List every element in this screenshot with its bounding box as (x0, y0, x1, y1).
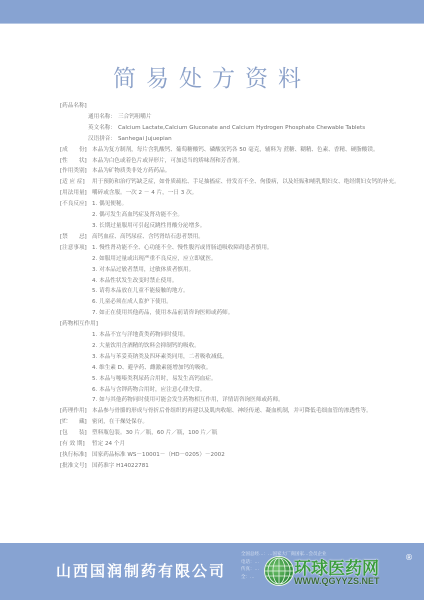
list-item: 4. 维生素 D、避孕药、雌激素能增加钙的吸收。 (60, 363, 405, 374)
globe-icon (264, 556, 294, 586)
validity-row: [有 效 期]暂定 24 个月 (60, 439, 405, 450)
header-band (0, 0, 424, 24)
list-item: 2. 大量饮用含酒精的饮料会抑制钙的吸收。 (60, 341, 405, 352)
pharm-row: [药理作用]本品参与骨骼的形成与骨折后骨组织的再建以及肌肉收缩、神经传递、凝血机… (60, 406, 405, 417)
standard-row: [执行标准]国家药品标准 WS－10001－（HD－0205）－2002 (60, 450, 405, 461)
generic-name-row: 通用名称：三合钙咀嚼片 (60, 112, 405, 123)
prescription-info: [药品名称] 通用名称：三合钙咀嚼片 英文名称：Calcium Lactate,… (60, 101, 405, 472)
list-item: 1. 本品不宜与洋地黄类药物同时使用。 (60, 330, 405, 341)
pinyin-row: 汉语拼音：Sanhegai Jujuepian (60, 134, 405, 145)
page-title: 简易处方资料 (0, 60, 424, 93)
category-row: [作用类别]本品为矿物质类非处方药药品。 (60, 166, 405, 177)
storage-row: [贮 藏]密闭，在干燥处保存。 (60, 417, 405, 428)
list-item: 6. 本品与含钾药物合用时，应注意心律失常。 (60, 385, 405, 396)
character-row: [性 状]本品为白色或着色片或异形片，可加适当的矫味剂和芳香剂。 (60, 156, 405, 167)
list-item: 3. 对本品过敏者禁用，过敏体质者慎用。 (60, 265, 405, 276)
english-name-row: 英文名称：Calcium Lactate,Calcium Gluconate a… (60, 123, 405, 134)
list-item: 4. 本品性状发生改变时禁止使用。 (60, 276, 405, 287)
composition-row: [成 份]本品为复方制剂，每片含乳酸钙、葡萄糖酸钙、磷酸氢钙各 50 毫克，辅料… (60, 145, 405, 156)
list-item: 5. 请将本品放在儿童不能接触的地方。 (60, 286, 405, 297)
list-item: 3. 本品与苯妥英钠类及四环素类同用，二者吸收减低。 (60, 352, 405, 363)
indications-row: [适 应 症]用于预防和治疗钙缺乏症，如骨质疏松、手足抽搐症、骨发育不全、佝偻病… (60, 177, 405, 188)
contra-row: [禁 忌]高钙血症、高钙尿症、含钙肾结石患者禁用。 (60, 232, 405, 243)
caution-row: [注意事项]1. 慢性肾功能不全、心功能不全、慢性腹泻或胃肠道吸收障碍患者慎用。 (60, 243, 405, 254)
interaction-header: [药物相互作用] (60, 319, 405, 330)
watermark-url: WWW.QGYYZS.NET (294, 576, 380, 586)
drug-name-header: [药品名称] (60, 101, 405, 112)
adverse-row: [不良反应]1. 偶见便秘。 (60, 199, 405, 210)
list-item: 3. 长期过量服用可引起反跳性胃酸分泌增多。 (60, 221, 405, 232)
list-item: 6. 儿童必须在成人监护下使用。 (60, 297, 405, 308)
list-item: 2. 如服用过量或出现严重不良反应，应立即就医。 (60, 254, 405, 265)
dosage-row: [用法用量]嚼碎或含服。一次 2 － 4 片，一日 3 次。 (60, 188, 405, 199)
list-item: 7. 如正在使用其他药品，使用本品前请咨询医师或药师。 (60, 308, 405, 319)
list-item: 7. 如与其他药物同时使用可能会发生药物相互作用，详情请咨询医师或药师。 (60, 395, 405, 406)
list-item: 2. 偶可发生高血钙症及肾功能不全。 (60, 210, 405, 221)
registered-mark: ® (405, 553, 413, 562)
package-row: [包 装]塑料瓶包装。30 片／瓶，60 片／瓶，100 片／瓶 (60, 428, 405, 439)
approval-row: [批准文号]国药准字 H14022781 (60, 461, 405, 472)
list-item: 5. 本品与噻嗪类利尿药合用时，易发生高钙血症。 (60, 374, 405, 385)
company-name: 山西国润制药有限公司 (56, 560, 226, 581)
